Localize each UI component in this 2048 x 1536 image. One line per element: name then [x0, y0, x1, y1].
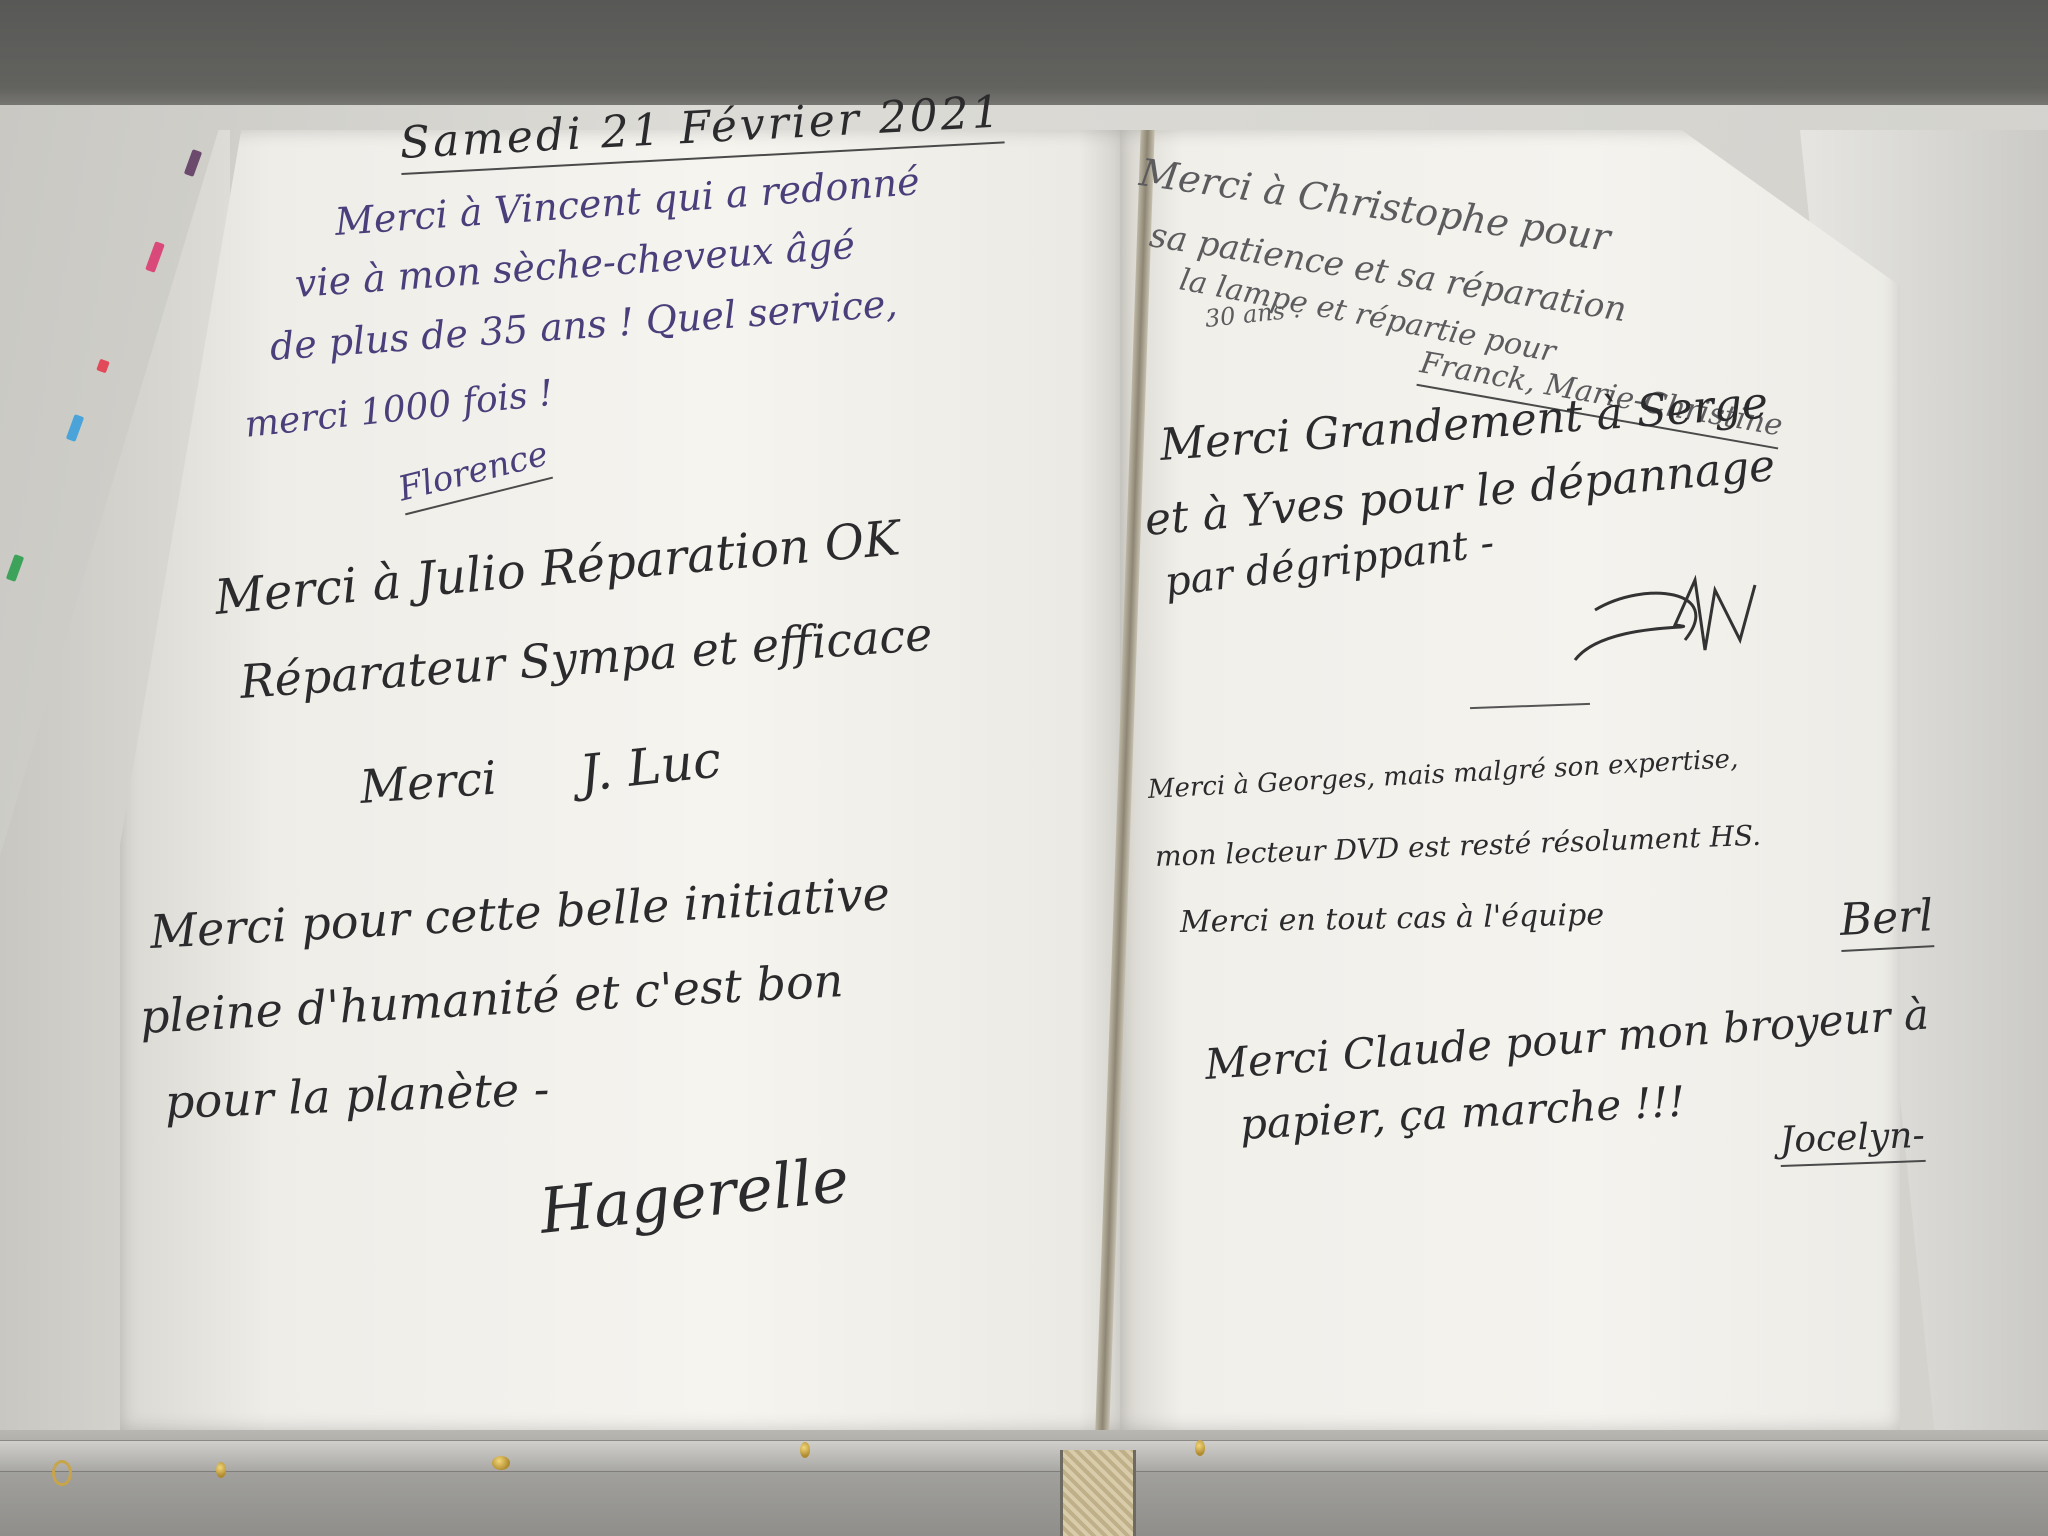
- signature-scribble: [1565, 570, 1765, 690]
- gold-stud-decoration: [800, 1442, 810, 1458]
- gold-stud-decoration: [216, 1462, 226, 1478]
- gold-stud-decoration: [1195, 1440, 1205, 1456]
- gold-ring-decoration: [52, 1460, 72, 1486]
- gold-stud-decoration: [492, 1456, 510, 1470]
- cover-rail: [0, 1440, 2048, 1472]
- bookmark-ribbon: [1060, 1450, 1136, 1536]
- entry-line: Merci en tout cas à l'équipe: [1180, 898, 1605, 940]
- signature-berl: Berl: [1839, 890, 1935, 952]
- background-wall: [0, 0, 2048, 110]
- signature-jocelyn: Jocelyn-: [1779, 1115, 1925, 1167]
- entry-closing: Merci: [358, 751, 498, 814]
